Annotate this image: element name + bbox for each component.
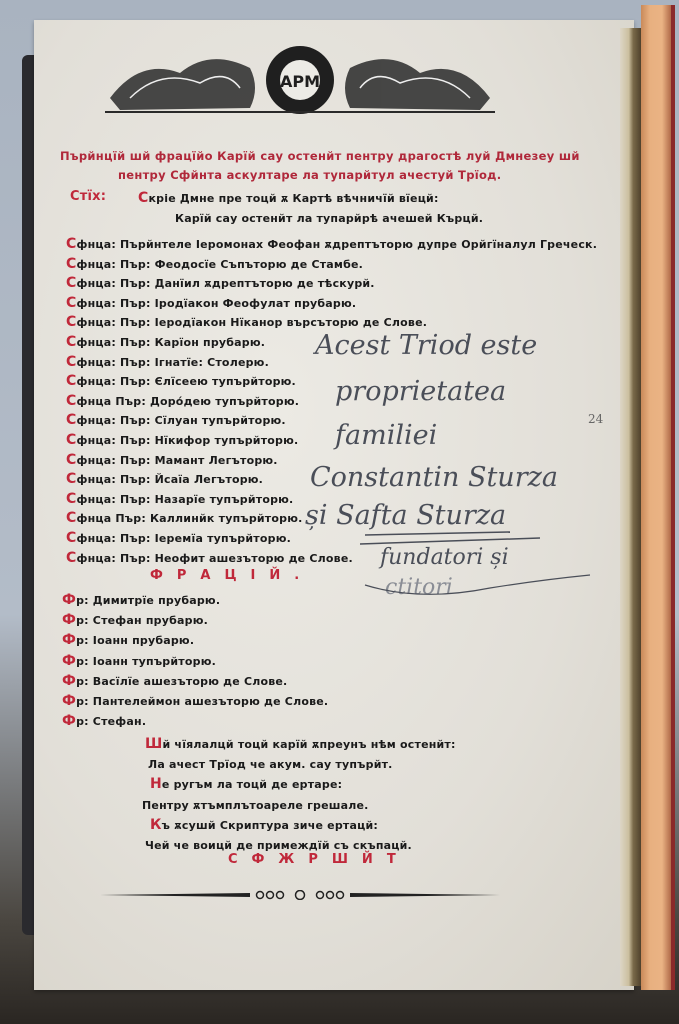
handwritten-page-number: 24 — [588, 412, 603, 426]
monk-entry: Сфнца Пър: Каллинйк тупърйторю. — [66, 510, 303, 526]
stih-label: Стїх: — [70, 189, 106, 204]
handwritten-line-4: Constantin Sturza — [310, 462, 558, 493]
brother-entry: Фр: Васїлїе ашезъторю де Слове. — [62, 673, 287, 689]
verse-line: Не ругъм ла тоцй де ертаре: — [150, 776, 342, 792]
brother-entry: Фр: Димитрїе прубарю. — [62, 592, 220, 608]
headpiece-ornament-icon: ΑΡΜ — [100, 38, 500, 116]
drop-initial: С — [66, 491, 76, 507]
brother-entry: Фр: Іоанн прубарю. — [62, 632, 194, 648]
svg-text:ΑΡΜ: ΑΡΜ — [280, 72, 320, 91]
monk-entry: Сфнца: Пър: Данїил ѫдрептъторю де тѣскур… — [66, 275, 375, 291]
drop-initial: С — [66, 373, 76, 389]
stih-line-1: Скріе Дмне пре тоцй ѫ Картѣ вѣчничїй вїе… — [138, 190, 439, 206]
drop-initial: С — [66, 510, 76, 526]
monk-entry: Сфнца: Пър: Феодосїе Съпъторю де Стамбе. — [66, 256, 363, 272]
drop-initial: С — [138, 190, 148, 206]
monk-entry: Сфнца: Пър: Йсаїа Легъторю. — [66, 471, 263, 487]
brother-entry: Фр: Пантелеймон ашезъторю де Слове. — [62, 693, 328, 709]
drop-initial: С — [66, 236, 76, 252]
drop-initial: К — [150, 817, 162, 833]
verse-line: Пентру ѫтъмплътоареле грешале. — [142, 797, 369, 813]
monk-entry: Сфнца: Пър: Іеродїакон Нїканор върсъторю… — [66, 314, 427, 330]
drop-initial: Н — [150, 776, 162, 792]
brother-entry: Фр: Іоанн тупърйторю. — [62, 653, 216, 669]
drop-initial: Ф — [62, 673, 76, 689]
handwritten-line-5: și Safta Sturza — [305, 500, 506, 531]
drop-initial: С — [66, 393, 76, 409]
verse-line: Чей че воицй де примеждїй съ скъпацй. — [145, 837, 412, 853]
drop-initial: С — [66, 471, 76, 487]
drop-initial: Ф — [62, 632, 76, 648]
drop-initial: С — [66, 275, 76, 291]
brother-entry: Фр: Стефан. — [62, 713, 146, 729]
fratii-heading: ФРАЦІЙ. — [150, 568, 313, 583]
drop-initial: Ф — [62, 693, 76, 709]
drop-initial: Ф — [62, 612, 76, 628]
verse-line: Къ ѫсушй Скриптура зиче ертацй: — [150, 817, 378, 833]
page-edge — [620, 28, 642, 986]
monk-entry: Сфнца: Пър: Ігнатїе: Столерю. — [66, 354, 269, 370]
monk-entry: Сфнца: Пър: Назарїе тупърйторю. — [66, 491, 293, 507]
verse-line: Ла ачест Трїод че акум. сау тупърйт. — [148, 756, 393, 772]
monk-entry: Сфнца: Пър: Іеремїа тупърйторю. — [66, 530, 291, 546]
monk-entry: Сфнца: Пър: Іродїакон Феофулат прубарю. — [66, 295, 356, 311]
handwritten-line-1: Acest Triod este — [315, 330, 537, 361]
handwritten-line-2: proprietatea — [335, 376, 506, 407]
monk-entry: Сфнца: Пър: Сїлуан тупърйторю. — [66, 412, 286, 428]
monk-entry: Сфнца Пър: Доро́дею тупърйторю. — [66, 393, 299, 409]
monk-entry: Сфнца: Пър: Карїон прубарю. — [66, 334, 265, 350]
title-line-2: пентру Сфйнта аскултаре ла тупарйтул аче… — [118, 168, 501, 182]
handwritten-underline-icon — [360, 530, 600, 610]
monk-entry: Сфнца: Пър: Мамант Легъторю. — [66, 452, 278, 468]
handwritten-line-3: familiei — [335, 420, 437, 451]
drop-initial: С — [66, 432, 76, 448]
drop-initial: С — [66, 314, 76, 330]
drop-initial: С — [66, 452, 76, 468]
drop-initial: Ш — [145, 736, 163, 752]
drop-initial: С — [66, 550, 76, 566]
end-word: СФЖРШЙТ — [228, 852, 410, 867]
drop-initial: Ф — [62, 653, 76, 669]
monk-entry: Сфнца: Пър: Єлїсеею тупърйторю. — [66, 373, 296, 389]
drop-initial: С — [66, 530, 76, 546]
tailpiece-divider-icon — [100, 890, 500, 900]
monk-entry: Сфнца: Пър: Нїкифор тупърйторю. — [66, 432, 298, 448]
book-spine — [641, 5, 675, 990]
drop-initial: С — [66, 295, 76, 311]
title-line-1: Пърйнцїй шй фрацїйо Карїй сау остенйт пе… — [60, 149, 580, 163]
drop-initial: С — [66, 334, 76, 350]
stih-line-2: Карїй сау остенйт ла тупарйрѣ ачешей Кър… — [175, 212, 483, 225]
brother-entry: Фр: Стефан прубарю. — [62, 612, 208, 628]
monk-entry: Сфнца: Пър: Неофит ашезъторю де Слове. — [66, 550, 353, 566]
drop-initial: Ф — [62, 713, 76, 729]
drop-initial: С — [66, 412, 76, 428]
drop-initial: С — [66, 256, 76, 272]
drop-initial: Ф — [62, 592, 76, 608]
monk-entry: Сфнца: Пърйнтеле Іеромонах Феофан ѫдрепт… — [66, 236, 597, 252]
verse-line: Шй чїялалцй тоцй карїй ѫпреунъ нѣм остен… — [145, 736, 456, 752]
drop-initial: С — [66, 354, 76, 370]
